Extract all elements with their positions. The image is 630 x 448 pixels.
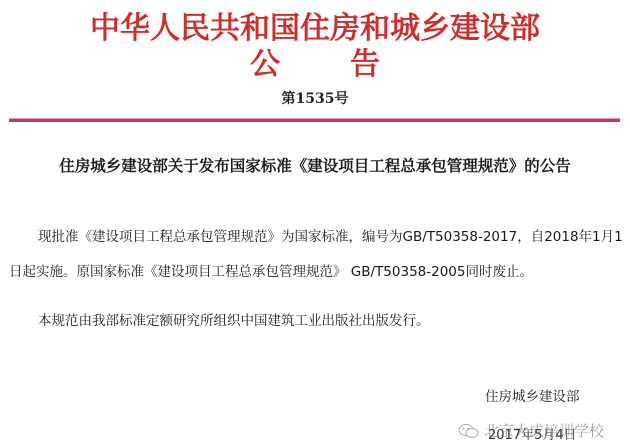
notice-title: 住房城乡建设部关于发布国家标准《建设项目工程总承包管理规范》的公告 bbox=[0, 154, 630, 176]
paragraph-2: 本规范由我部标准定额研究所组织中国建筑工业出版社出版发行。 bbox=[38, 309, 430, 329]
paragraph-1: 现批准《建设项目工程总承包管理规范》为国家标准，编号为GB/T50358-201… bbox=[38, 225, 623, 245]
signature: 住房城乡建设部 bbox=[485, 385, 580, 405]
header-divider bbox=[9, 118, 620, 122]
paragraph-1-continued: 日起实施。原国家标准《建设项目工程总承包管理规范》 GB/T50358-2005… bbox=[9, 260, 533, 280]
watermark: 北京大成培训学校 bbox=[458, 420, 604, 441]
document-type-char-1: 公 bbox=[250, 48, 280, 82]
document-number: 第1535号 bbox=[0, 88, 630, 108]
issuing-authority-title: 中华人民共和国住房和城乡建设部 bbox=[0, 12, 630, 46]
document-type-heading: 公告 bbox=[0, 48, 630, 82]
wechat-icon bbox=[458, 423, 480, 439]
watermark-text: 北京大成培训学校 bbox=[484, 420, 604, 441]
document-type-char-2: 告 bbox=[350, 48, 380, 82]
